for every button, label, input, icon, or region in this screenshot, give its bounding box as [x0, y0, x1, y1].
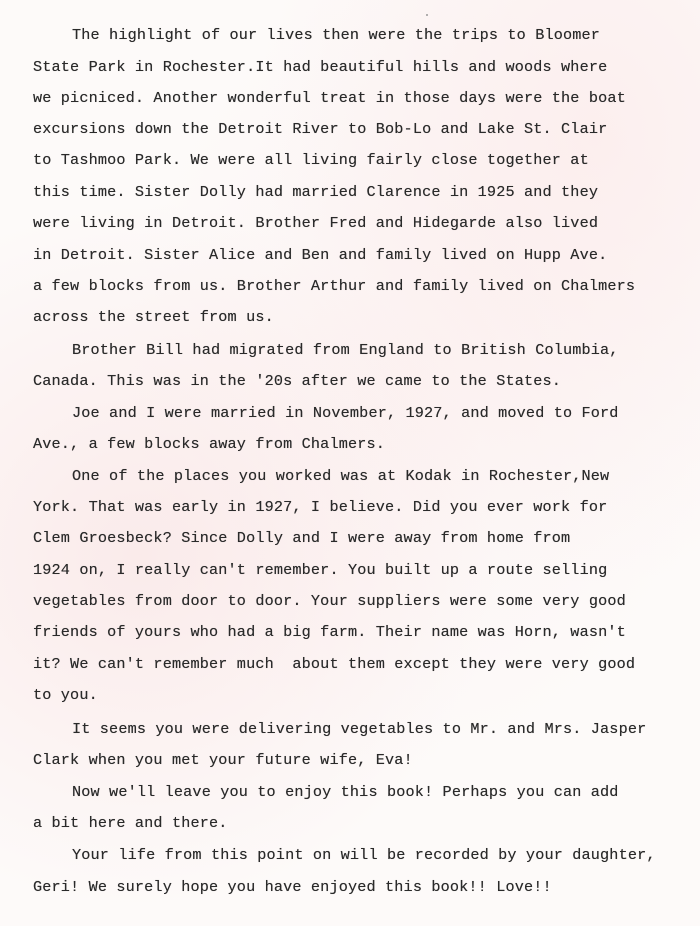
text-line: excursions down the Detroit River to Bob…: [33, 120, 607, 138]
text-line: were living in Detroit. Brother Fred and…: [33, 214, 598, 232]
text-line: York. That was early in 1927, I believe.…: [33, 498, 607, 516]
text-line: in Detroit. Sister Alice and Ben and fam…: [33, 246, 607, 264]
text-line: Clem Groesbeck? Since Dolly and I were a…: [33, 529, 570, 547]
text-line: across the street from us.: [33, 308, 274, 326]
text-line: we picniced. Another wonderful treat in …: [33, 89, 626, 107]
text-line: to Tashmoo Park. We were all living fair…: [33, 151, 589, 169]
paragraph-first-line: The highlight of our lives then were the…: [72, 26, 600, 44]
paragraph-first-line: Your life from this point on will be rec…: [72, 846, 656, 864]
paragraph-first-line: One of the places you worked was at Koda…: [72, 467, 609, 485]
text-line: Ave., a few blocks away from Chalmers.: [33, 435, 385, 453]
text-line: to you.: [33, 686, 98, 704]
text-line: Clark when you met your future wife, Eva…: [33, 751, 413, 769]
text-line: it? We can't remember much about them ex…: [33, 655, 635, 673]
text-line: a few blocks from us. Brother Arthur and…: [33, 277, 635, 295]
text-line: vegetables from door to door. Your suppl…: [33, 592, 626, 610]
paper-speck: [426, 14, 428, 16]
typewritten-page: The highlight of our lives then were the…: [0, 0, 700, 926]
paragraph-first-line: Brother Bill had migrated from England t…: [72, 341, 619, 359]
paragraph-first-line: Now we'll leave you to enjoy this book! …: [72, 783, 619, 801]
text-line: State Park in Rochester.It had beautiful…: [33, 58, 607, 76]
text-line: friends of yours who had a big farm. The…: [33, 623, 626, 641]
paragraph-first-line: Joe and I were married in November, 1927…: [72, 404, 619, 422]
text-line: 1924 on, I really can't remember. You bu…: [33, 561, 607, 579]
text-line: Canada. This was in the '20s after we ca…: [33, 372, 561, 390]
text-line: a bit here and there.: [33, 814, 228, 832]
paragraph-first-line: It seems you were delivering vegetables …: [72, 720, 646, 738]
text-line: this time. Sister Dolly had married Clar…: [33, 183, 598, 201]
text-line: Geri! We surely hope you have enjoyed th…: [33, 878, 552, 896]
